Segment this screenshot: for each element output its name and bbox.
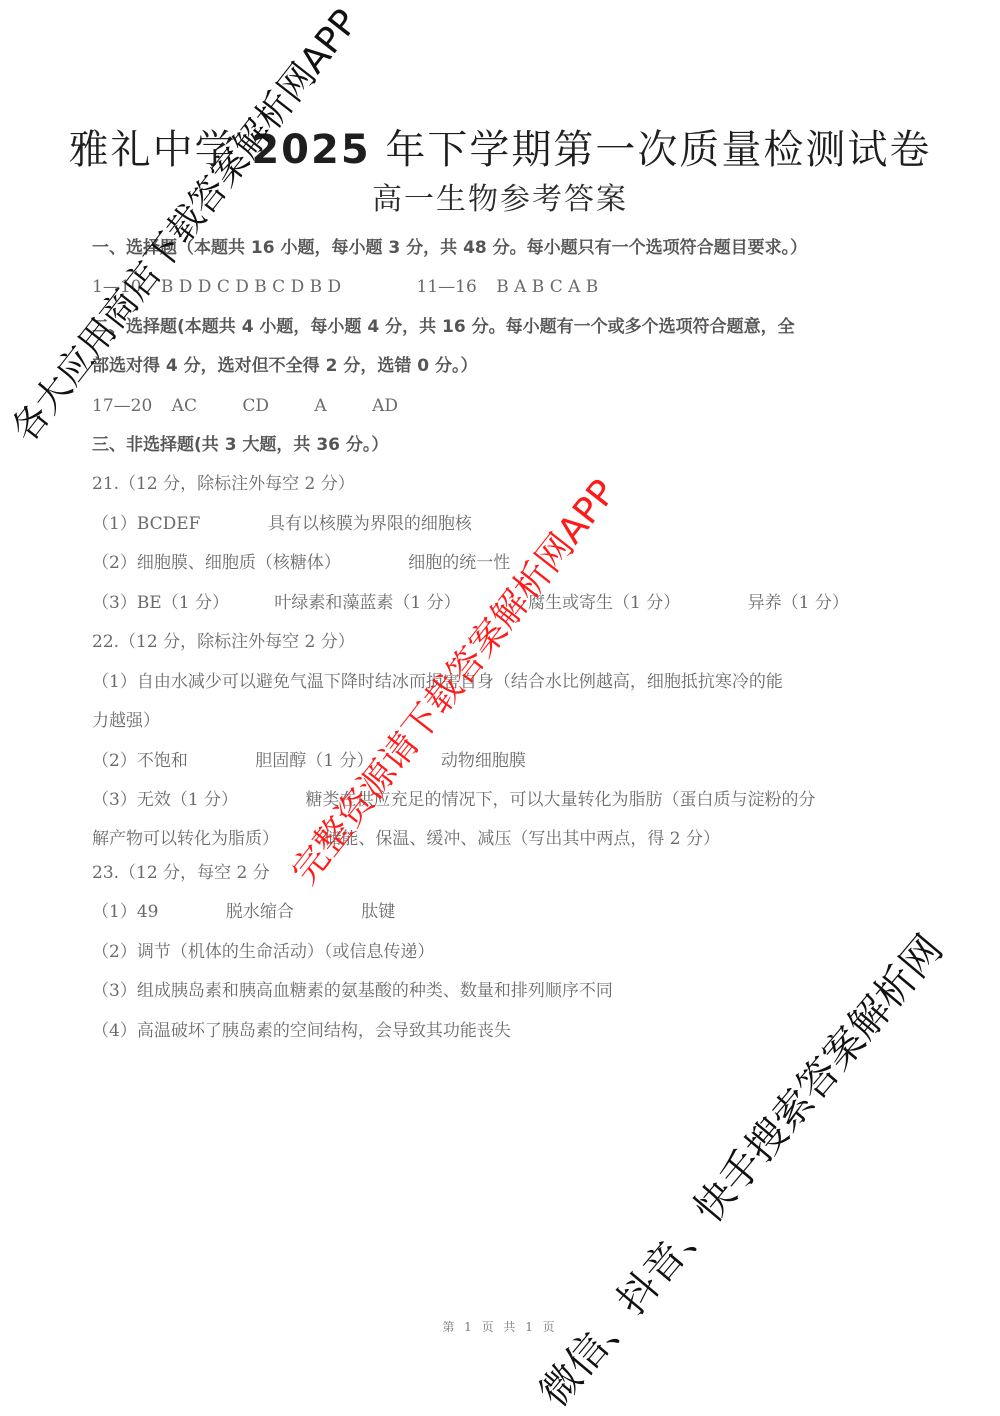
section2-header-line1: 二、选择题(本题共 4 小题，每小题 4 分，共 16 分。每小题有一个或多个选… — [92, 315, 795, 339]
q23-p1-b: 脱水缩合 — [226, 900, 294, 924]
q23-part2: （2）调节（机体的生命活动）（或信息传递） — [92, 940, 434, 964]
q23-part4: （4）高温破坏了胰岛素的空间结构，会导致其功能丧失 — [92, 1019, 511, 1043]
q22-part1-line1: （1）自由水减少可以避免气温下降时结冰而损害自身（结合水比例越高，细胞抵抗寒冷的… — [92, 670, 783, 694]
page-number: 第 1 页 共 1 页 — [0, 1318, 1000, 1335]
q23-label: 23.（12 分，每空 2 分 — [92, 861, 270, 885]
q22-p3-c: 解产物可以转化为脂质） — [92, 827, 279, 851]
answer-sheet-page: 雅礼中学 2025 年下学期第一次质量检测试卷 高一生物参考答案 一、选择题（本… — [0, 0, 1000, 1416]
q21-p2-a: （2）细胞膜、细胞质（核糖体） — [92, 551, 341, 575]
answers-1-10: B D D C D B C D B D — [161, 275, 341, 299]
range-1-10: 1—10 — [92, 275, 141, 299]
title-school: 雅礼中学 — [69, 127, 252, 173]
range-17-20: 17—20 — [92, 394, 152, 418]
section1-header: 一、选择题（本题共 16 小题，每小题 3 分，共 48 分。每小题只有一个选项… — [92, 236, 807, 260]
q22-p2-b: 胆固醇（1 分） — [255, 749, 373, 773]
q21-part1: （1）BCDEF 具有以核膜为界限的细胞核 — [92, 512, 472, 536]
q21-p3-d: 异养（1 分） — [748, 591, 849, 615]
watermark-top-left: 各大应用商店下载答案解析网APP — [0, 0, 368, 451]
q23-p1-c: 肽键 — [361, 900, 395, 924]
section3-header: 三、非选择题(共 3 大题，共 36 分。） — [92, 433, 388, 457]
document-subtitle: 高一生物参考答案 — [0, 178, 1000, 222]
answer-18: CD — [242, 394, 269, 418]
answer-19: A — [314, 394, 326, 418]
q22-p3-b: 糖类在供应充足的情况下，可以大量转化为脂肪（蛋白质与淀粉的分 — [305, 788, 815, 812]
section2-answers: 17—20 AC CD A AD — [92, 394, 398, 418]
q22-part2: （2）不饱和 胆固醇（1 分） 动物细胞膜 — [92, 749, 526, 773]
q23-part1: （1）49 脱水缩合 肽键 — [92, 900, 395, 924]
answers-11-16: B A B C A B — [496, 275, 598, 299]
q21-p3-c: 腐生或寄生（1 分） — [528, 591, 680, 615]
q22-part3-line2: 解产物可以转化为脂质） 储能、保温、缓冲、减压（写出其中两点，得 2 分） — [92, 827, 720, 851]
document-title: 雅礼中学 2025 年下学期第一次质量检测试卷 — [0, 124, 1000, 176]
q21-part2: （2）细胞膜、细胞质（核糖体） 细胞的统一性 — [92, 551, 510, 575]
q23-part3: （3）组成胰岛素和胰高血糖素的氨基酸的种类、数量和排列顺序不同 — [92, 979, 613, 1003]
q21-label: 21.（12 分，除标注外每空 2 分） — [92, 472, 355, 496]
q22-label: 22.（12 分，除标注外每空 2 分） — [92, 630, 355, 654]
section1-answers: 1—10 B D D C D B C D B D 11—16 B A B C A… — [92, 275, 598, 299]
q22-part3-line1: （3）无效（1 分） 糖类在供应充足的情况下，可以大量转化为脂肪（蛋白质与淀粉的… — [92, 788, 815, 812]
q22-p2-a: （2）不饱和 — [92, 749, 188, 773]
q21-p3-b: 叶绿素和藻蓝素（1 分） — [274, 591, 460, 615]
q21-p2-b: 细胞的统一性 — [408, 551, 510, 575]
q21-part3: （3）BE（1 分） 叶绿素和藻蓝素（1 分） 腐生或寄生（1 分） 异养（1 … — [92, 591, 849, 615]
title-year: 2025 — [251, 127, 370, 173]
q21-p1-b: 具有以核膜为界限的细胞核 — [268, 512, 472, 536]
q22-p3-d: 储能、保温、缓冲、减压（写出其中两点，得 2 分） — [324, 827, 720, 851]
range-11-16: 11—16 — [417, 275, 477, 299]
answer-20: AD — [372, 394, 398, 418]
title-rest: 年下学期第一次质量检测试卷 — [371, 127, 932, 173]
q22-part1-line2: 力越强） — [92, 709, 160, 733]
q22-p2-c: 动物细胞膜 — [441, 749, 526, 773]
section2-header-line2: 部选对得 4 分，选对但不全得 2 分，选错 0 分。） — [92, 354, 478, 378]
q22-p3-a: （3）无效（1 分） — [92, 788, 238, 812]
q23-p1-a: （1）49 — [92, 900, 158, 924]
q21-p3-a: （3）BE（1 分） — [92, 591, 229, 615]
answer-17: AC — [172, 394, 197, 418]
q21-p1-a: （1）BCDEF — [92, 512, 200, 536]
